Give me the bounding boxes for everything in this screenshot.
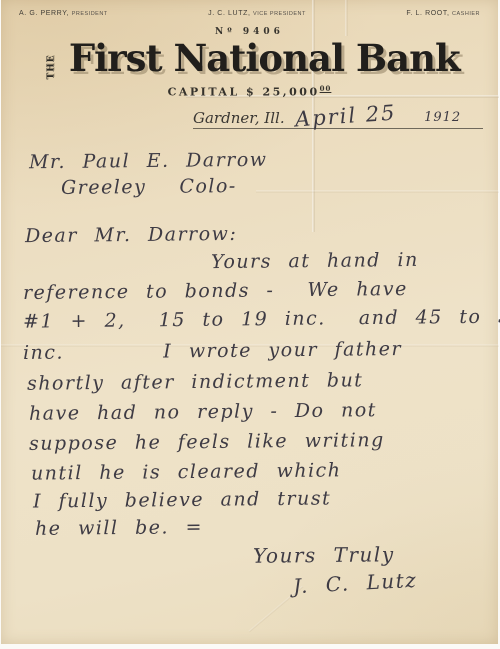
body-line: inc. I wrote your father (23, 338, 402, 364)
dateline: Gardner, Ill. April 25 1912 (193, 100, 483, 129)
bank-name: First National Bank (69, 36, 460, 80)
body-line: Yours at hand in (211, 249, 419, 273)
letter-paper: A. G. Perry, President J. C. Lutz, Vice … (1, 0, 498, 644)
body-line: he will be. = (35, 516, 203, 540)
body-line: I fully believe and trust (33, 487, 331, 512)
officer-president: A. G. Perry, President (19, 10, 108, 17)
body-line: have had no reply - Do not (29, 399, 377, 425)
officer-cashier: F. L. Root, Cashier (406, 10, 480, 17)
address-line: Mr. Paul E. Darrow (29, 149, 268, 173)
handwritten-year: 1912 (424, 110, 461, 128)
bank-the: The (47, 54, 57, 79)
body-line: shortly after indictment but (27, 369, 364, 395)
signature: J. C. Lutz (292, 568, 417, 598)
officer-vice-president: J. C. Lutz, Vice President (208, 10, 306, 17)
bank-name-line: The First National Bank (1, 36, 498, 80)
capital-cents: 00 (320, 84, 332, 93)
body-line: suppose he feels like writing (29, 429, 385, 455)
officer-role: President (72, 11, 108, 17)
officer-role: Cashier (452, 11, 480, 17)
salutation: Dear Mr. Darrow: (25, 223, 238, 247)
horizontal-fold-crease (256, 190, 499, 193)
handwritten-date: April 25 (294, 100, 397, 131)
capital-amount: Capital $ 25,000 (168, 86, 320, 99)
officers-row: A. G. Perry, President J. C. Lutz, Vice … (19, 10, 480, 17)
scanned-letter-page: { "letterhead": { "officers": [ { "name"… (0, 0, 500, 649)
capital-line: Capital $ 25,00000 (1, 84, 498, 99)
body-line: until he is cleared which (31, 459, 342, 484)
officer-name: J. C. Lutz, (208, 10, 250, 17)
body-line: reference to bonds - We have (23, 278, 408, 304)
closing: Yours Truly (253, 542, 395, 567)
officer-name: A. G. Perry, (19, 10, 69, 17)
officer-name: F. L. Root, (406, 10, 449, 17)
officer-role: Vice President (253, 11, 306, 17)
address-line: Greeley Colo- (61, 175, 237, 199)
body-line: #1 + 2, 15 to 19 inc. and 45 to 50 (23, 305, 500, 332)
place-printed: Gardner, Ill. (193, 109, 285, 128)
